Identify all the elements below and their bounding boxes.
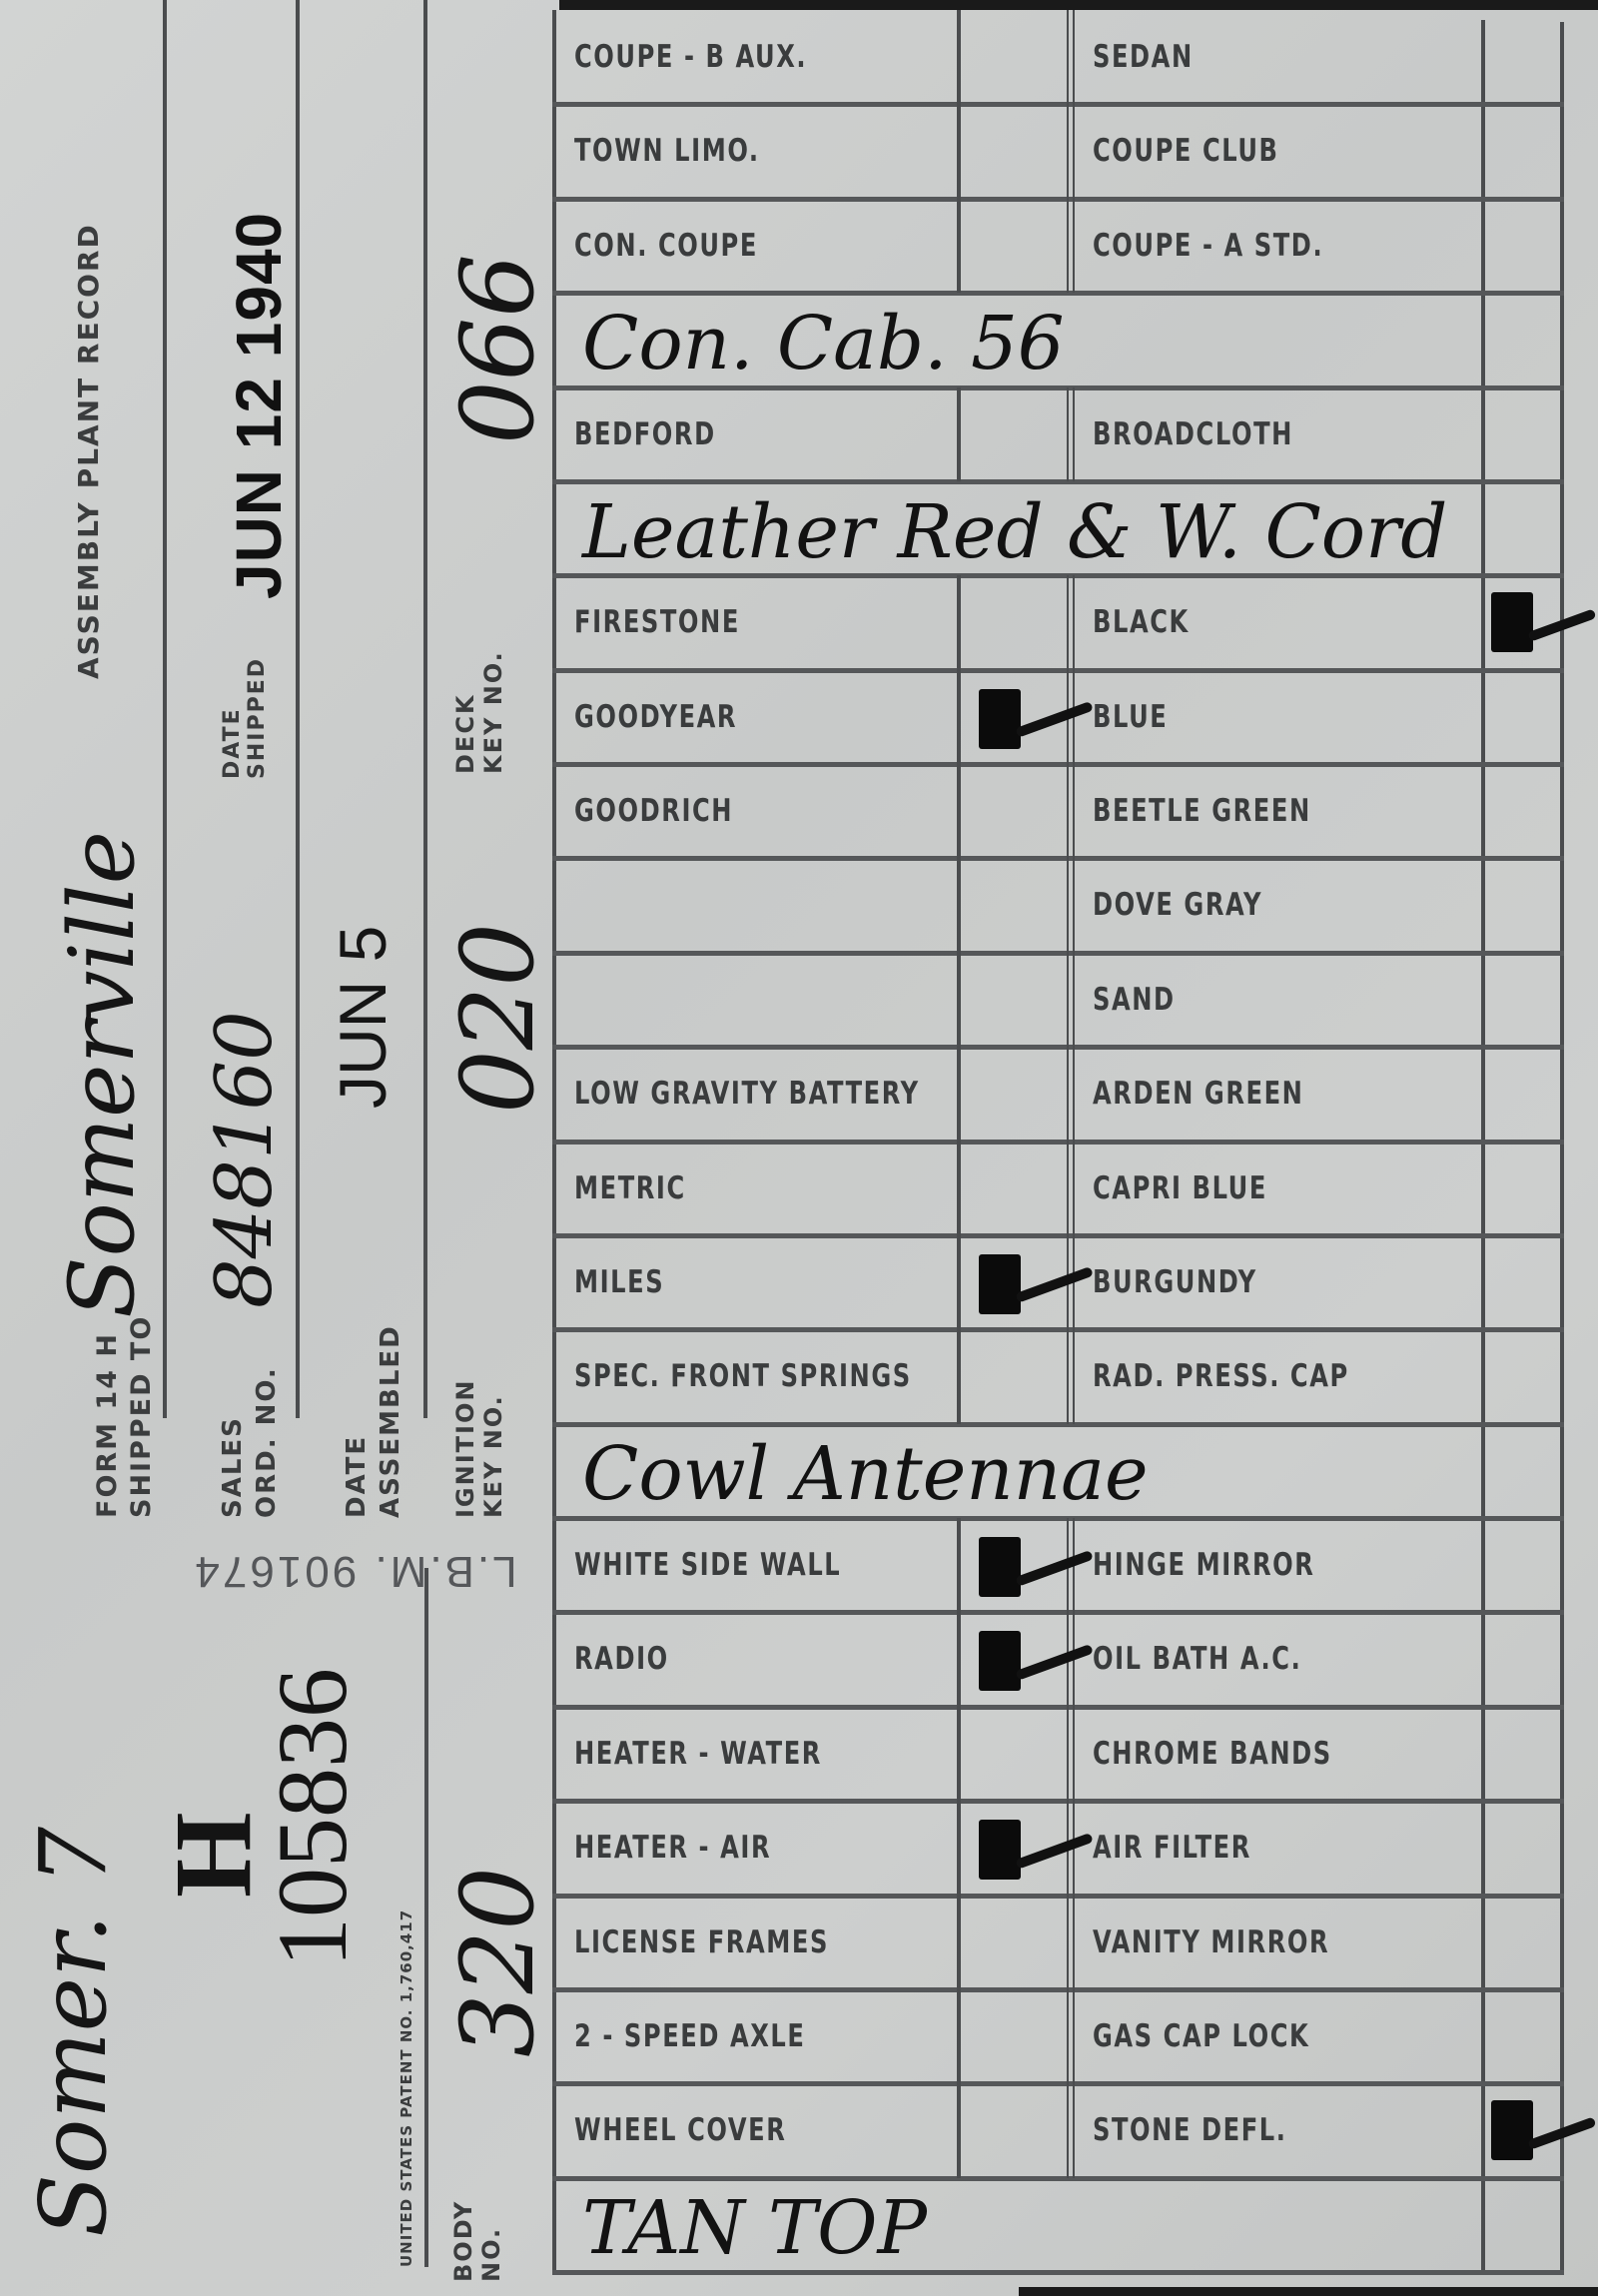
option-label-left: MILES bbox=[574, 1235, 664, 1329]
handwritten-entry: Leather Red & W. Cord bbox=[582, 486, 1447, 580]
option-label-right: DOVE GRAY bbox=[1093, 858, 1262, 952]
serial-number: 105836 bbox=[255, 1668, 370, 1967]
option-label-left: LICENSE FRAMES bbox=[574, 1896, 829, 1989]
option-checkbox-left[interactable] bbox=[961, 764, 1067, 858]
option-label-right: OIL BATH A.C. bbox=[1093, 1612, 1301, 1706]
grid-mid-divider-2 bbox=[1073, 1989, 1075, 2083]
date-shipped-label-2: SHIPPED bbox=[245, 657, 270, 779]
lbm-number-stamp: L.B.M. 901674 bbox=[190, 1546, 519, 1596]
date-assembled-label-2: ASSEMBLED bbox=[376, 1324, 405, 1518]
grid-mid-divider-2 bbox=[1073, 199, 1075, 293]
option-label-right: BLUE bbox=[1093, 670, 1168, 764]
option-checkbox-right[interactable] bbox=[1485, 1612, 1560, 1706]
handwritten-entry: Con. Cab. 56 bbox=[582, 298, 1065, 391]
option-label-right: RAD. PRESS. CAP bbox=[1093, 1329, 1349, 1423]
option-label-right: CHROME BANDS bbox=[1093, 1707, 1332, 1801]
option-label-left: FIRESTONE bbox=[574, 575, 740, 669]
option-label-left: TOWN LIMO. bbox=[574, 104, 760, 198]
option-checkbox-left[interactable] bbox=[961, 104, 1067, 198]
option-label-left: GOODRICH bbox=[574, 764, 733, 858]
grid-mid-divider bbox=[1067, 387, 1069, 481]
grid-mid-divider bbox=[1067, 10, 1069, 104]
sales-order-value: 848160 bbox=[200, 1011, 290, 1308]
option-label-left: COUPE - B AUX. bbox=[574, 10, 807, 104]
option-checkbox-left[interactable] bbox=[961, 1707, 1067, 1801]
grid-mid-divider-2 bbox=[1073, 764, 1075, 858]
option-checkbox-right[interactable] bbox=[1485, 1518, 1560, 1612]
option-label-left: LOW GRAVITY BATTERY bbox=[574, 1047, 920, 1141]
ignition-key-label-2: KEY NO. bbox=[479, 1394, 507, 1518]
shipped-to-value: Somerville bbox=[50, 831, 155, 1318]
grid-mid-divider bbox=[1067, 1047, 1069, 1141]
deck-key-value: 066 bbox=[439, 254, 556, 444]
option-checkbox-left[interactable] bbox=[961, 10, 1067, 104]
top-edge-shadow bbox=[559, 0, 1598, 10]
option-checkbox-right[interactable] bbox=[1485, 953, 1560, 1047]
grid-mid-divider bbox=[1067, 575, 1069, 669]
option-label-right: COUPE CLUB bbox=[1093, 104, 1279, 198]
option-checkbox-right[interactable] bbox=[1485, 1047, 1560, 1141]
check-mark-icon bbox=[979, 1631, 1021, 1691]
option-checkbox-left[interactable] bbox=[961, 1896, 1067, 1989]
option-label-left: HEATER - AIR bbox=[574, 1801, 771, 1895]
grid-mid-divider-2 bbox=[1073, 1896, 1075, 1989]
option-checkbox-right[interactable] bbox=[1485, 764, 1560, 858]
grid-mid-divider bbox=[1067, 858, 1069, 952]
grid-mid-divider-2 bbox=[1073, 1047, 1075, 1141]
sales-order-label-2: ORD. NO. bbox=[252, 1366, 282, 1518]
form-title: ASSEMBLY PLANT RECORD bbox=[72, 223, 105, 679]
option-checkbox-right[interactable] bbox=[1485, 1896, 1560, 1989]
check-mark-icon bbox=[979, 689, 1021, 749]
ignition-key-label-1: IGNITION bbox=[451, 1379, 479, 1518]
deck-key-label-2: KEY NO. bbox=[479, 650, 507, 774]
option-label-left: SPEC. FRONT SPRINGS bbox=[574, 1329, 912, 1423]
option-checkbox-right[interactable] bbox=[1485, 1707, 1560, 1801]
option-checkbox-left[interactable] bbox=[961, 858, 1067, 952]
grid-mid-divider-2 bbox=[1073, 1329, 1075, 1423]
option-checkbox-right[interactable] bbox=[1485, 1235, 1560, 1329]
handwritten-entry: TAN TOP bbox=[582, 2182, 927, 2276]
option-checkbox-left[interactable] bbox=[961, 1047, 1067, 1141]
option-checkbox-left[interactable] bbox=[961, 953, 1067, 1047]
body-no-label-2: NO. bbox=[477, 2227, 505, 2282]
form-number-label: FORM 14 H bbox=[92, 1332, 123, 1518]
option-checkbox-right[interactable] bbox=[1485, 1329, 1560, 1423]
option-checkbox-right[interactable] bbox=[1485, 10, 1560, 104]
option-checkbox-right[interactable] bbox=[1485, 387, 1560, 481]
option-label-right: BLACK bbox=[1093, 575, 1190, 669]
option-label-right: COUPE - A STD. bbox=[1093, 199, 1323, 293]
option-label-left: WHITE SIDE WALL bbox=[574, 1518, 841, 1612]
option-label-right: BROADCLOTH bbox=[1093, 387, 1293, 481]
check-mark-icon bbox=[979, 1820, 1021, 1880]
option-checkbox-right[interactable] bbox=[1485, 670, 1560, 764]
grid-mid-divider-2 bbox=[1073, 575, 1075, 669]
date-shipped-stamp: JUN 12 1940 bbox=[222, 212, 296, 599]
option-label-right: STONE DEFL. bbox=[1093, 2083, 1287, 2177]
body-no-value: 320 bbox=[439, 1867, 556, 2057]
check-mark-icon bbox=[1491, 2100, 1533, 2160]
grid-mid-divider bbox=[1067, 104, 1069, 198]
option-checkbox-right[interactable] bbox=[1485, 1989, 1560, 2083]
shipped-to-label: SHIPPED TO bbox=[126, 1315, 157, 1518]
grid-mid-divider bbox=[1067, 1989, 1069, 2083]
grid-mid-divider bbox=[1067, 764, 1069, 858]
grid-mid-divider-2 bbox=[1073, 953, 1075, 1047]
grid-mid-divider-2 bbox=[1073, 1142, 1075, 1235]
check-mark-icon bbox=[979, 1254, 1021, 1314]
option-label-left: WHEEL COVER bbox=[574, 2083, 786, 2177]
grid-mid-divider bbox=[1067, 1707, 1069, 1801]
divider-left-1 bbox=[163, 0, 167, 1418]
margin-note: Somer. 7 bbox=[20, 1827, 127, 2237]
option-label-left: BEDFORD bbox=[574, 387, 716, 481]
option-checkbox-right[interactable] bbox=[1485, 199, 1560, 293]
grid-mid-divider bbox=[1067, 1329, 1069, 1423]
grid-mid-divider bbox=[1067, 199, 1069, 293]
grid-mid-divider-2 bbox=[1073, 10, 1075, 104]
divider-left-2 bbox=[296, 0, 300, 1418]
option-label-right: AIR FILTER bbox=[1093, 1801, 1251, 1895]
grid-mid-divider bbox=[1067, 953, 1069, 1047]
option-checkbox-left[interactable] bbox=[961, 2083, 1067, 2177]
option-label-right: GAS CAP LOCK bbox=[1093, 1989, 1309, 2083]
handwritten-entry: Cowl Antennae bbox=[582, 1428, 1149, 1522]
option-label-right: VANITY MIRROR bbox=[1093, 1896, 1329, 1989]
option-checkbox-left[interactable] bbox=[961, 1329, 1067, 1423]
option-label-left: METRIC bbox=[574, 1142, 686, 1235]
grid-mid-divider bbox=[1067, 2083, 1069, 2177]
grid-mid-divider bbox=[1067, 1896, 1069, 1989]
grid-mid-divider-2 bbox=[1073, 1707, 1075, 1801]
deck-key-label-1: DECK bbox=[451, 693, 479, 774]
grid-mid-divider-2 bbox=[1073, 104, 1075, 198]
option-checkbox-right[interactable] bbox=[1485, 104, 1560, 198]
option-label-left: RADIO bbox=[574, 1612, 669, 1706]
patent-notice: UNITED STATES PATENT NO. 1,760,417 bbox=[398, 1910, 415, 2267]
check-mark-icon bbox=[1491, 592, 1533, 652]
option-label-right: HINGE MIRROR bbox=[1093, 1518, 1314, 1612]
option-label-right: SAND bbox=[1093, 953, 1176, 1047]
sales-order-label-1: SALES bbox=[218, 1416, 248, 1518]
date-assembled-value: JUN 5 bbox=[325, 926, 400, 1109]
option-label-right: ARDEN GREEN bbox=[1093, 1047, 1303, 1141]
option-checkbox-left[interactable] bbox=[961, 1142, 1067, 1235]
option-checkbox-right[interactable] bbox=[1485, 858, 1560, 952]
option-label-right: BEETLE GREEN bbox=[1093, 764, 1311, 858]
option-checkbox-right[interactable] bbox=[1485, 1142, 1560, 1235]
option-label-left: 2 - SPEED AXLE bbox=[574, 1989, 805, 2083]
check-mark-icon bbox=[979, 1537, 1021, 1597]
date-assembled-label-1: DATE bbox=[342, 1435, 372, 1518]
grid-border-right bbox=[1560, 22, 1564, 2272]
date-shipped-label-1: DATE bbox=[220, 707, 245, 779]
option-label-left: HEATER - WATER bbox=[574, 1707, 822, 1801]
option-label-right: SEDAN bbox=[1093, 10, 1194, 104]
option-checkbox-left[interactable] bbox=[961, 1989, 1067, 2083]
option-label-left: CON. COUPE bbox=[574, 199, 758, 293]
grid-mid-divider bbox=[1067, 1142, 1069, 1235]
grid-mid-divider-2 bbox=[1073, 2083, 1075, 2177]
option-checkbox-left[interactable] bbox=[961, 387, 1067, 481]
grid-mid-divider-2 bbox=[1073, 858, 1075, 952]
option-checkbox-left[interactable] bbox=[961, 575, 1067, 669]
divider-body-section bbox=[424, 1568, 428, 2267]
body-no-label-1: BODY bbox=[449, 2200, 477, 2282]
option-label-right: BURGUNDY bbox=[1093, 1235, 1257, 1329]
divider-left-3 bbox=[423, 0, 427, 1418]
option-label-right: CAPRI BLUE bbox=[1093, 1142, 1267, 1235]
option-checkbox-right[interactable] bbox=[1485, 1801, 1560, 1895]
ignition-key-value: 020 bbox=[439, 923, 556, 1114]
option-label-left: GOODYEAR bbox=[574, 670, 737, 764]
bottom-edge-shadow bbox=[1019, 2287, 1598, 2296]
grid-mid-divider-2 bbox=[1073, 387, 1075, 481]
option-checkbox-left[interactable] bbox=[961, 199, 1067, 293]
